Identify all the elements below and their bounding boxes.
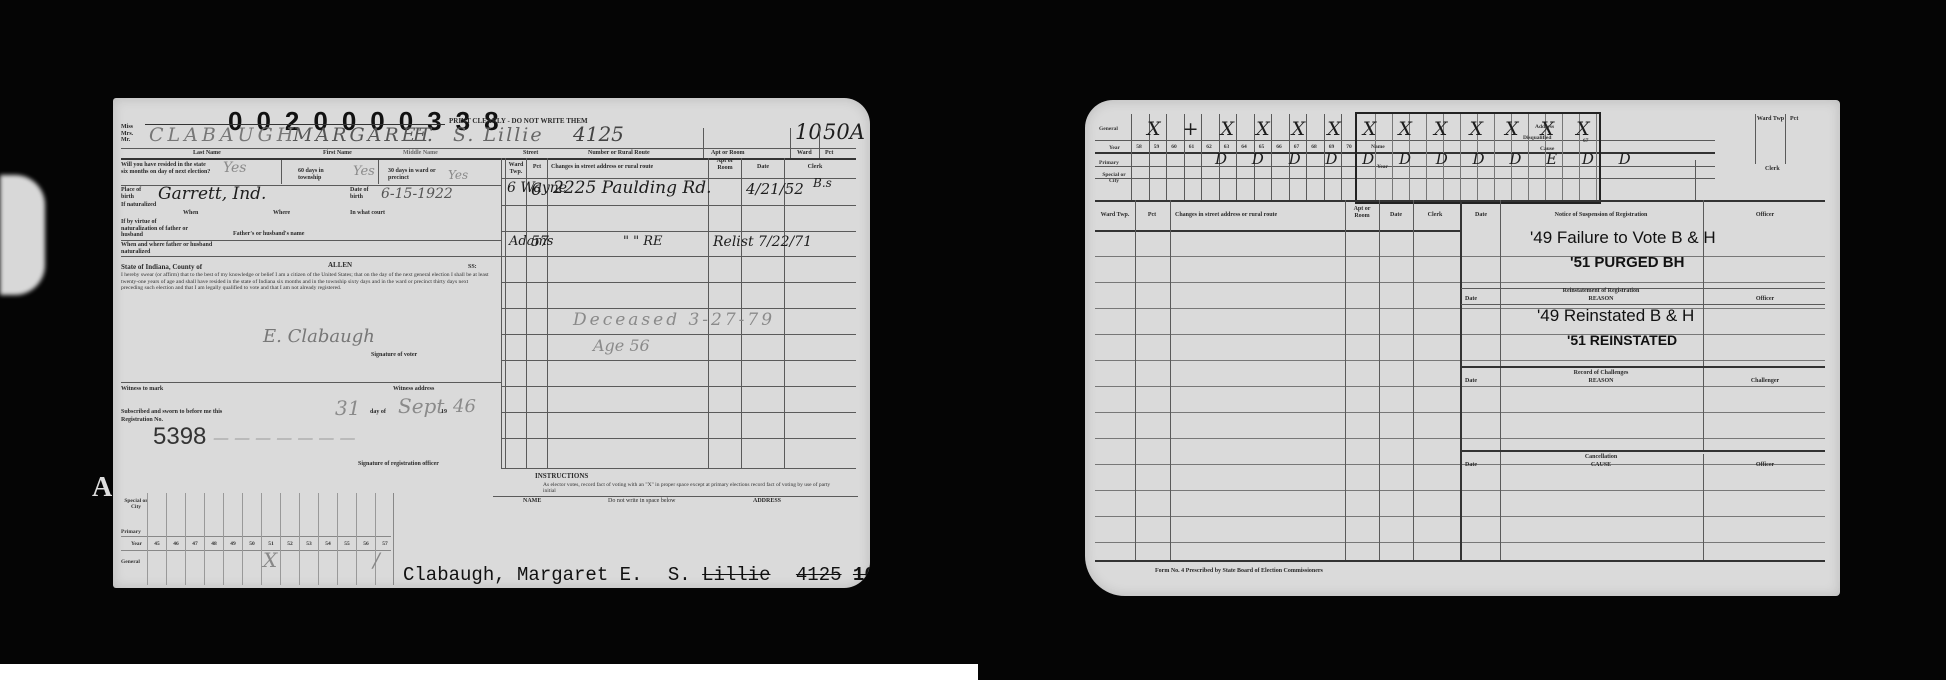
grid-label-year: Year: [1109, 145, 1120, 151]
year-cell: 47: [187, 541, 203, 547]
chal-reason-col: REASON: [1501, 378, 1701, 385]
q-township-value: Yes: [353, 164, 375, 179]
cancel-cause-col: CAUSE: [1501, 462, 1701, 469]
typed-number-struck: 4125: [796, 564, 842, 586]
year-cell: 59: [1149, 144, 1165, 150]
grid-label-year: Year: [131, 541, 142, 547]
year-cell: 49: [225, 541, 241, 547]
q-state-residence: Will you have resided in the state six m…: [121, 162, 211, 175]
year-cell: 53: [301, 541, 317, 547]
reinst-reason-col: REASON: [1501, 296, 1701, 303]
suspension-entry: '49 Failure to Vote B & H: [1530, 228, 1716, 248]
col-pct: Pct: [1137, 212, 1167, 219]
label-last-name: Last Name: [193, 150, 221, 157]
susp-notice-col: Notice of Suspension of Registration: [1501, 212, 1701, 219]
susp-date-col: Date: [1463, 212, 1499, 219]
year-cell: 45: [149, 541, 165, 547]
top-ward-label: Ward Twp: [1756, 116, 1785, 123]
col-changes: Changes in street address or rural route: [1175, 212, 1345, 219]
year-cell: 56: [358, 541, 374, 547]
reinstatement-entry: '49 Reinstated B & H: [1537, 306, 1694, 326]
label-where: Where: [273, 210, 290, 217]
state-county-line: State of Indiana, County of: [121, 264, 202, 271]
typed-name: Clabaugh, Margaret E.: [403, 564, 642, 586]
typed-ward-pct-struck: 10 50A: [853, 564, 870, 586]
label-father-name: Father's or husband's name: [233, 231, 304, 238]
label-when-where: When and where father or husband natural…: [121, 242, 221, 255]
pct-value: 50A: [823, 120, 865, 144]
q-ward: 30 days in ward or precinct: [388, 168, 448, 181]
col-ward: Ward Twp.: [1097, 212, 1133, 219]
year-cell: 46: [168, 541, 184, 547]
form-footer: Form No. 4 Prescribed by State Board of …: [1155, 568, 1323, 575]
col-date: Date: [743, 164, 783, 171]
grid-label-general: General: [121, 559, 140, 565]
col-pct: Pct: [527, 164, 547, 171]
instructions-title: INSTRUCTIONS: [535, 473, 588, 480]
chal-challenger-col: Challenger: [1705, 378, 1825, 385]
scan-margin-bar: [0, 664, 978, 680]
box-disqualified-label: Disqualified: [1523, 135, 1551, 141]
challenges-title: Record of Challenges: [1501, 370, 1701, 377]
county-value: ALLEN: [328, 262, 352, 269]
q-township: 60 days in township: [298, 168, 348, 181]
year-cell: 54: [320, 541, 336, 547]
top-pct-label: Pct: [1790, 116, 1798, 123]
reinstatement-entry: '51 REINSTATED: [1567, 332, 1677, 348]
cancellation-title: Cancellation: [1501, 454, 1701, 461]
top-clerk-label: Clerk: [1765, 166, 1780, 173]
change2-pct: 57: [531, 234, 549, 250]
typed-street-struck: Lillie: [702, 564, 770, 586]
change2-date: Relist 7/22/71: [713, 234, 812, 250]
box-cause-label: Cause: [1540, 146, 1554, 152]
label-ward: Ward: [797, 150, 812, 157]
label-by-virtue: If by virtue of naturalization of father…: [121, 219, 191, 239]
month-value: Sept: [398, 394, 444, 418]
street-value: S. Lillie: [453, 124, 544, 146]
box-end-year: 67: [1583, 138, 1589, 144]
label-number: Number or Rural Route: [588, 150, 650, 157]
label-apt: Apt or Room: [711, 150, 745, 157]
reinst-date-col: Date: [1465, 296, 1477, 303]
label-witness-mark: Witness to mark: [121, 386, 163, 393]
label-if-naturalized: If naturalized: [121, 202, 171, 209]
year-value: 46: [453, 396, 476, 417]
scan-artifact: [0, 175, 45, 295]
col-changes: Changes in street address or rural route: [551, 164, 711, 171]
label-court: In what court: [350, 210, 385, 217]
grid-label-general: General: [1099, 126, 1118, 132]
registration-number: 5398: [153, 423, 206, 451]
place-of-birth-value: Garrett, Ind.: [158, 184, 266, 204]
day-value: 31: [335, 396, 360, 420]
label-subscribed: Subscribed and sworn to before me this: [121, 409, 222, 416]
side-letter: A: [92, 472, 112, 504]
label-middle-name: Middle Name: [403, 150, 438, 157]
year-cell: 57: [377, 541, 393, 547]
label-signature-of-voter: Signature of voter: [371, 352, 417, 359]
typed-name-line: Clabaugh, Margaret E. S. Lillie 4125 10 …: [403, 564, 870, 586]
change1-pct: 6: [531, 180, 542, 200]
year-cell: 58: [1131, 144, 1147, 150]
label-witness-address: Witness address: [393, 386, 434, 393]
year-cell: 61: [1184, 144, 1200, 150]
susp-officer-col: Officer: [1705, 212, 1825, 219]
vote-mark: X: [263, 548, 277, 572]
change1-clerk: B.s: [813, 176, 832, 190]
date-of-birth-value: 6-15-1922: [381, 186, 453, 202]
ward-value: 10: [795, 120, 822, 144]
box-address-label: Address: [1535, 124, 1554, 130]
oath-text: I hereby swear (or affirm) that to the b…: [121, 272, 491, 292]
label-first-name: First Name: [323, 150, 352, 157]
age-note: Age 56: [593, 336, 650, 355]
registrar-signature: — — — — — — —: [213, 428, 356, 447]
box-year-label: Year: [1377, 164, 1388, 170]
box-name-label: Name: [1371, 144, 1385, 150]
change1-date: 4/21/52: [746, 180, 804, 198]
col-clerk: Clerk: [1415, 212, 1455, 219]
footer-label-do-not-write: Do not write in space below: [608, 498, 675, 505]
year-cell: 55: [339, 541, 355, 547]
voter-registration-card-front: 0020000338 PRINT CLEARLY - DO NOT WRITE …: [113, 98, 870, 588]
col-ward: Ward Twp.: [506, 162, 526, 175]
col-clerk: Clerk: [785, 164, 845, 171]
change1-address: 2225 Paulding Rd.: [553, 178, 712, 198]
q-state-value: Yes: [223, 160, 247, 176]
footer-label-name: NAME: [523, 498, 541, 505]
col-apt: Apt or Room: [710, 158, 740, 171]
voter-signature: E. Clabaugh: [263, 326, 375, 347]
prefix-mr: Mr.: [121, 137, 133, 144]
col-date: Date: [1381, 212, 1411, 219]
year-cell: 52: [282, 541, 298, 547]
last-name-value: CLABAUGH: [149, 124, 297, 146]
voter-registration-card-back: General Year Primary Special or City 585…: [1085, 100, 1840, 596]
col-apt: Apt or Room: [1347, 206, 1377, 219]
year-cell: 50: [244, 541, 260, 547]
grid-label-primary: Primary: [121, 529, 141, 535]
house-number-value: 4125: [573, 122, 624, 146]
year-cell: 60: [1166, 144, 1182, 150]
label-place-of-birth: Place of birth: [121, 187, 151, 200]
prefix-miss: Miss: [121, 124, 133, 131]
year-cell: 51: [263, 541, 279, 547]
disqualified-box: [1355, 112, 1601, 204]
year-cell: 48: [206, 541, 222, 547]
label-registrar-signature: Signature of registration officer: [358, 461, 439, 468]
suspension-entry: '51 PURGED BH: [1570, 254, 1684, 271]
change2-address: " " RE: [623, 234, 663, 249]
reinstatement-title: Reinstatement of Registration: [1501, 288, 1701, 295]
label-date-of-birth: Date of birth: [350, 187, 380, 200]
reinst-officer-col: Officer: [1705, 296, 1825, 303]
ss-label: SS:: [468, 264, 477, 271]
cancel-officer-col: Officer: [1705, 462, 1825, 469]
q-ward-value: Yes: [448, 168, 468, 182]
middle-name-value: E.: [413, 124, 433, 146]
label-street: Street: [523, 150, 538, 157]
label-pct: Pct: [825, 150, 833, 157]
label-when: When: [183, 210, 198, 217]
footer-label-address: ADDRESS: [753, 498, 781, 505]
instructions-text: As elector votes, record fact of voting …: [543, 482, 843, 494]
chal-date-col: Date: [1465, 378, 1477, 385]
deceased-note: Deceased 3-27-79: [573, 310, 775, 330]
cancel-date-col: Date: [1465, 462, 1477, 469]
typed-street-prefix: S.: [668, 564, 691, 586]
label-day-of: day of: [370, 409, 386, 416]
year-prefix: 19: [441, 409, 447, 416]
vote-mark: /: [373, 548, 380, 572]
